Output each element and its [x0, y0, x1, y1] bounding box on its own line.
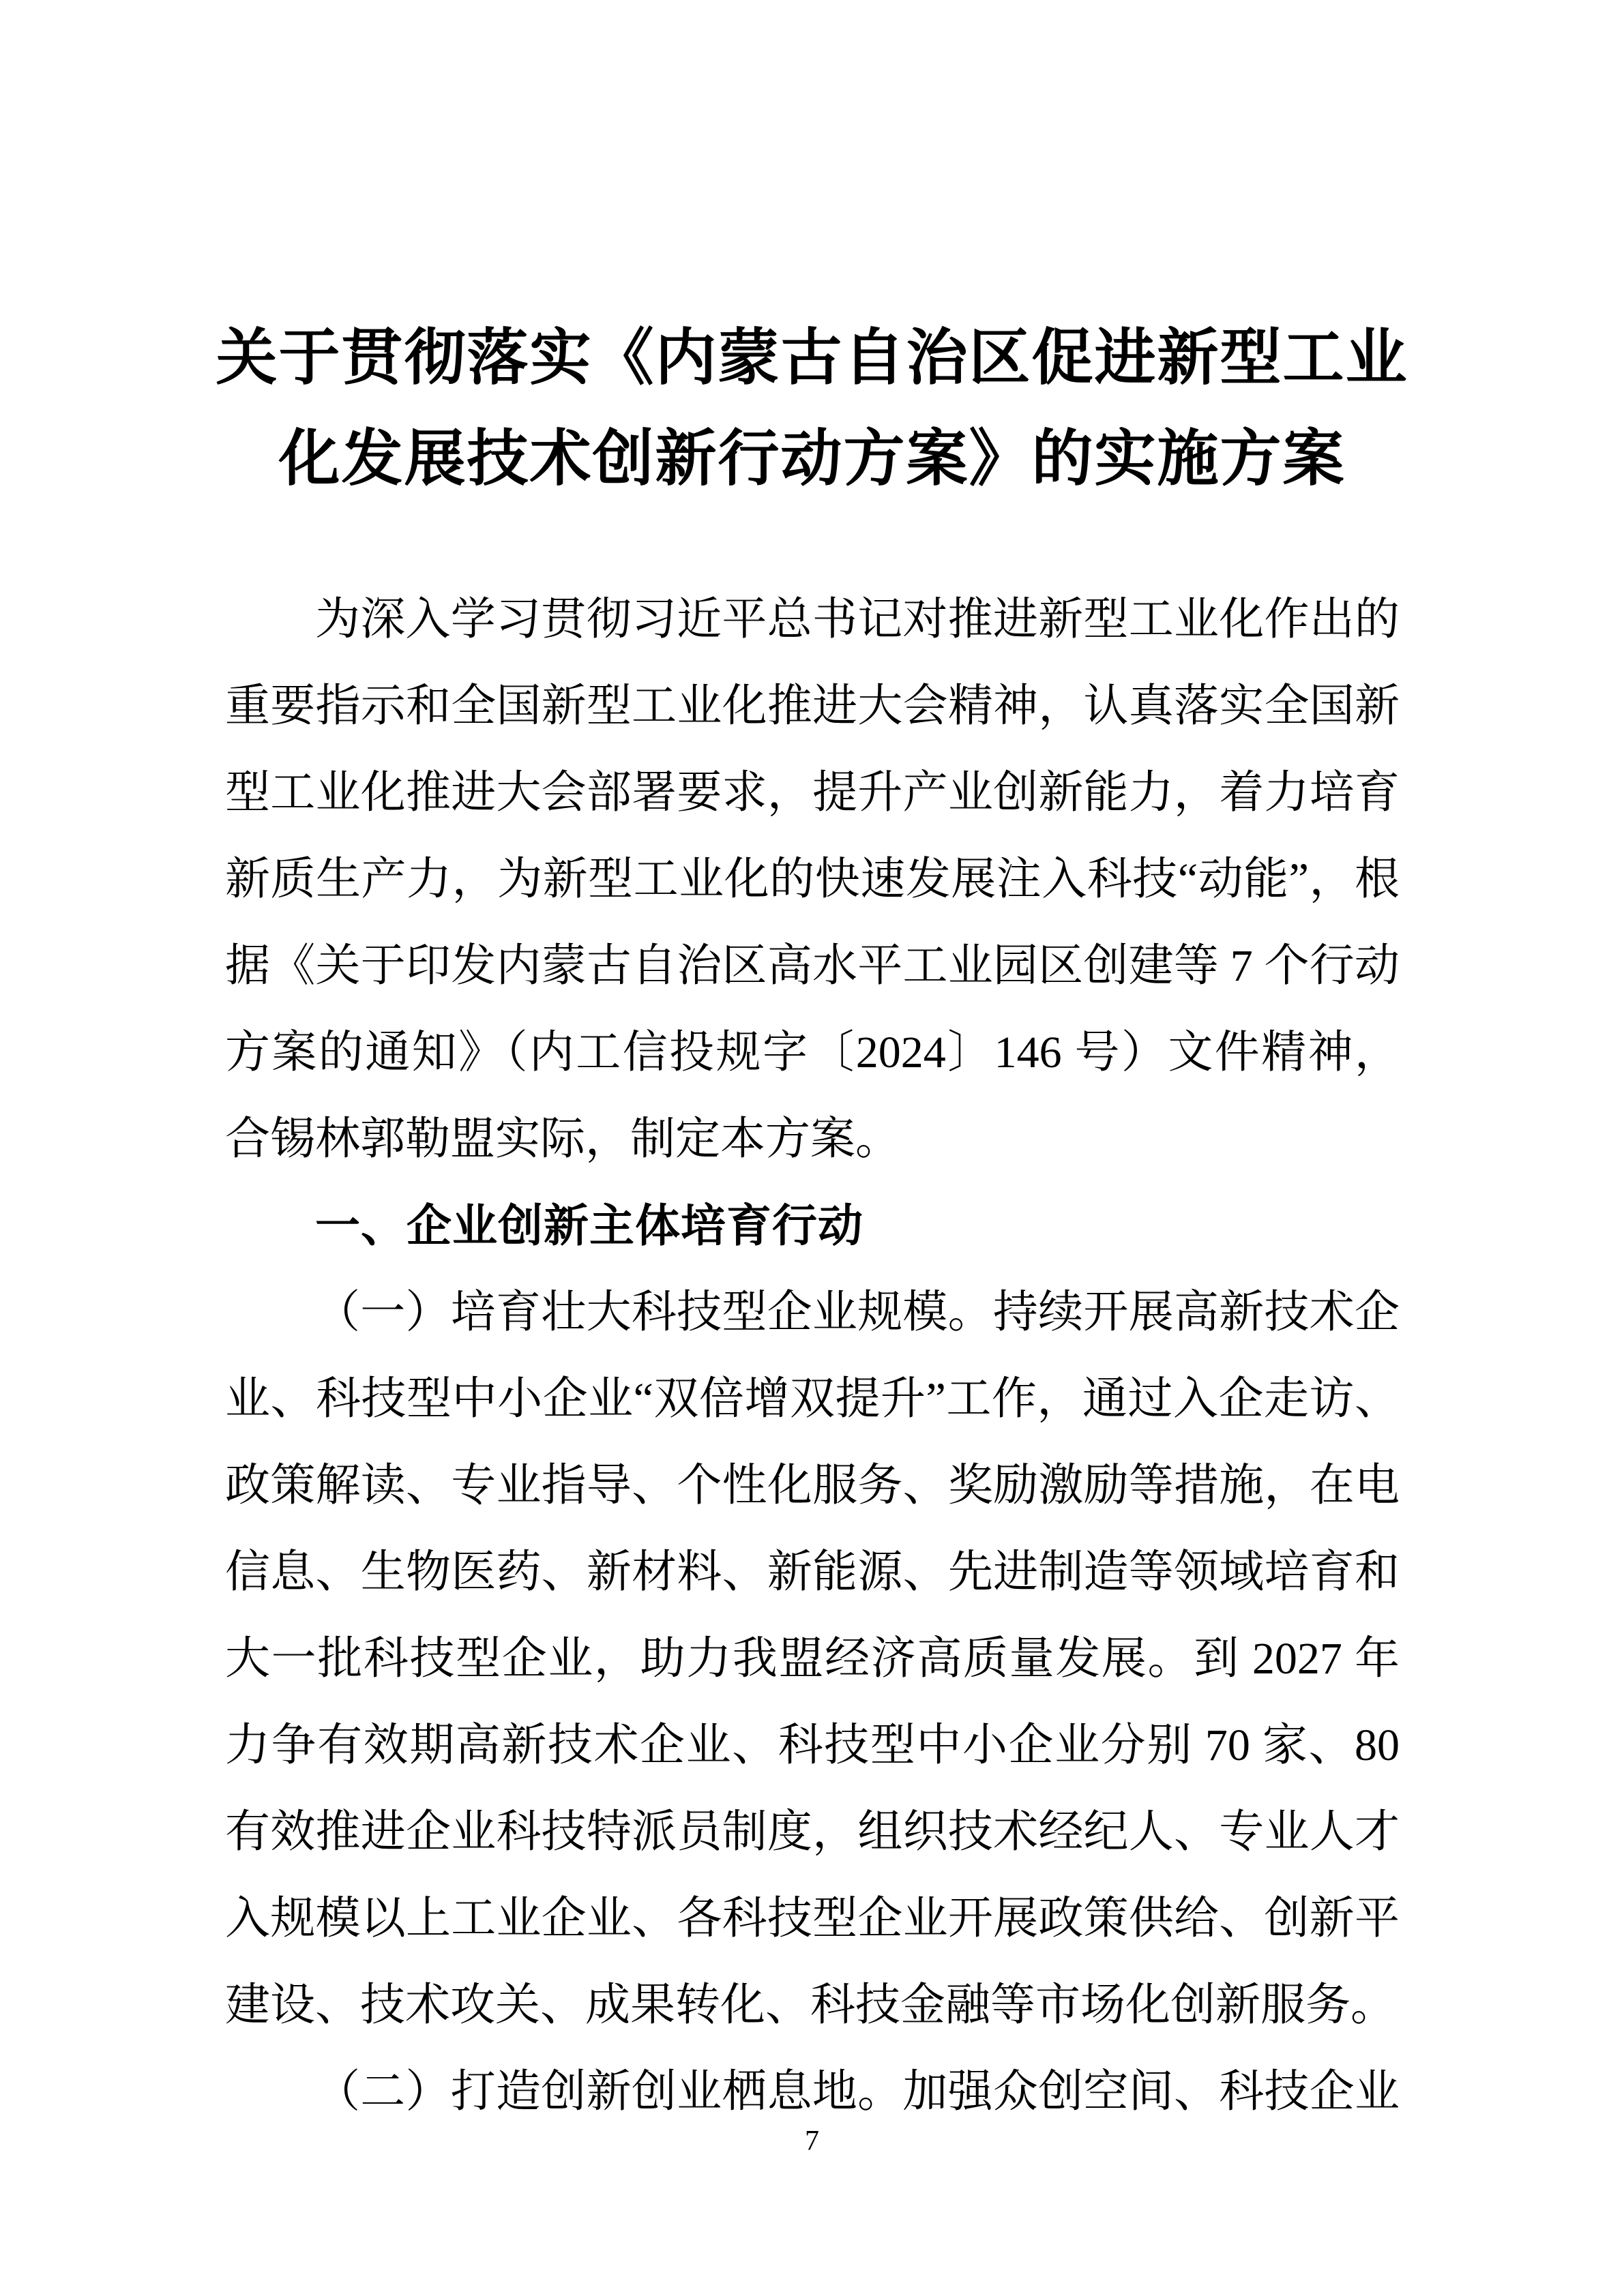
text-line: 为深入学习贯彻习近平总书记对推进新型工业化作出的: [225, 576, 1400, 663]
text-line: 新质生产力，为新型工业化的快速发展注入科技“动能”，根: [225, 836, 1400, 923]
text-line: 型工业化推进大会部署要求，提升产业创新能力，着力培育: [225, 749, 1400, 836]
page-number: 7: [0, 2122, 1624, 2160]
document-page: 关于贯彻落实《内蒙古自治区促进新型工业 化发展技术创新行动方案》的实施方案 为深…: [0, 0, 1624, 2296]
text-line: 方案的通知》（内工信投规字〔2024〕146 号）文件精神，结: [225, 1009, 1400, 1096]
text-line: 信息、生物医药、新材料、新能源、先进制造等领域培育和壮: [225, 1529, 1400, 1615]
text-line: 大一批科技型企业，助力我盟经济高质量发展。到 2027 年底，: [225, 1615, 1400, 1702]
text-line: 业、科技型中小企业“双倍增双提升”工作，通过入企走访、: [225, 1356, 1400, 1442]
text-line: 据《关于印发内蒙古自治区高水平工业园区创建等 7 个行动: [225, 923, 1400, 1009]
text-line: 重要指示和全国新型工业化推进大会精神，认真落实全国新: [225, 663, 1400, 749]
text-line: 入规模以上工业企业、各科技型企业开展政策供给、创新平台: [225, 1875, 1400, 1962]
document-title-line-1: 关于贯彻落实《内蒙古自治区促进新型工业: [0, 308, 1624, 409]
text-line: 有效推进企业科技特派员制度，组织技术经纪人、专业人才深: [225, 1789, 1400, 1875]
text-line: 合锡林郭勒盟实际，制定本方案。: [225, 1096, 1400, 1182]
text-line: 力争有效期高新技术企业、科技型中小企业分别 70 家、80 家。: [225, 1702, 1400, 1789]
text-line: （一）培育壮大科技型企业规模。持续开展高新技术企: [225, 1269, 1400, 1356]
document-body: 为深入学习贯彻习近平总书记对推进新型工业化作出的重要指示和全国新型工业化推进大会…: [225, 576, 1400, 2135]
text-line: 政策解读、专业指导、个性化服务、奖励激励等措施，在电子: [225, 1442, 1400, 1529]
document-title: 关于贯彻落实《内蒙古自治区促进新型工业 化发展技术创新行动方案》的实施方案: [0, 308, 1624, 510]
document-title-line-2: 化发展技术创新行动方案》的实施方案: [0, 409, 1624, 510]
text-line: 建设、技术攻关、成果转化、科技金融等市场化创新服务。: [225, 1962, 1400, 2048]
section-heading: 一、企业创新主体培育行动: [225, 1182, 1400, 1269]
